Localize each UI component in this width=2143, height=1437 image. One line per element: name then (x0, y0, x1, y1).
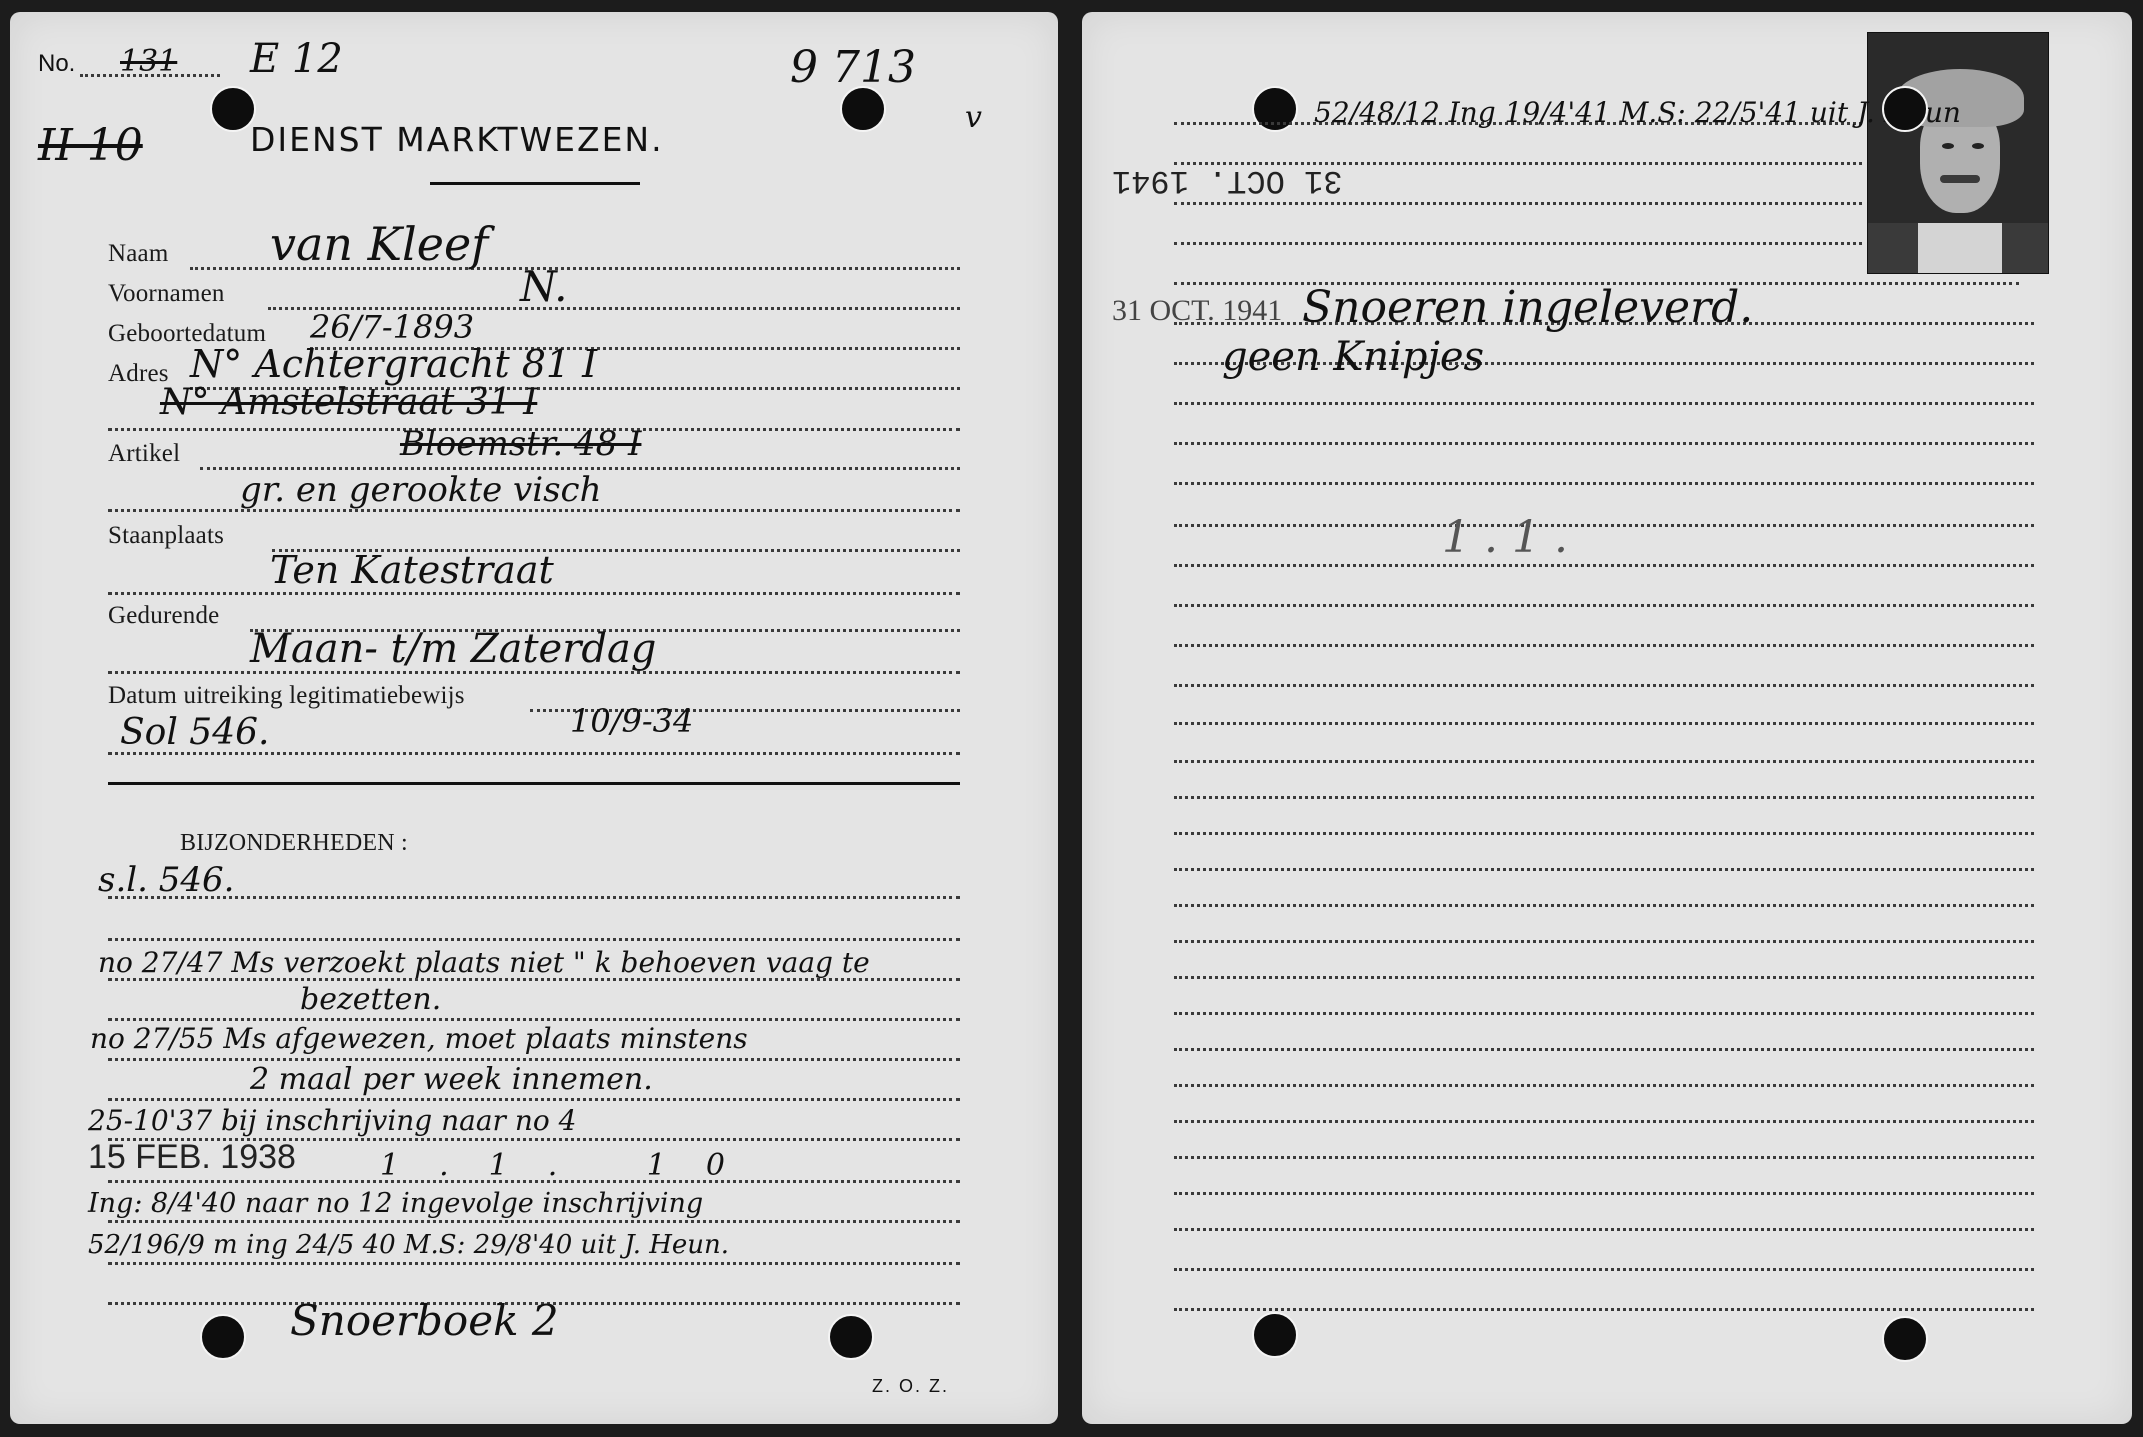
struck-number: 131 (120, 44, 177, 79)
gedurende-label: Gedurende (108, 602, 219, 630)
staanplaats-value: Ten Katestraat (270, 548, 554, 592)
struck-corner-number: II 10 (38, 120, 143, 171)
bijzonderheden-heading: BIJZONDERHEDEN : (180, 830, 408, 857)
ruled-line (1174, 868, 2034, 871)
photo-shirt (1918, 223, 2002, 274)
bijzonderheden-entry: Ing: 8/4'40 naar no 12 ingevolge inschri… (88, 1188, 703, 1219)
punch-hole (1252, 1312, 1298, 1358)
card-title: DIENST MARKTWEZEN. (250, 120, 664, 159)
note-line-1: Snoeren ingeleverd. (1302, 282, 1753, 333)
photo-jacket (1868, 223, 1922, 274)
photo-mustache (1940, 175, 1980, 183)
bijz-line (108, 978, 960, 981)
check-mark: v (965, 100, 982, 135)
artikel-value: gr. en gerookte visch (240, 470, 601, 510)
ruled-line (1174, 796, 2034, 799)
bijzonderheden-entry: bezetten. (300, 982, 441, 1017)
bijz-line (108, 1262, 960, 1265)
ruled-line (1174, 722, 2034, 725)
ruled-line (1174, 482, 2034, 485)
bijzonderheden-entry: 52/196/9 m ing 24/5 40 M.S: 29/8'40 uit … (88, 1230, 729, 1260)
section-divider (108, 782, 960, 785)
ruled-line (1174, 242, 1862, 245)
bijzonderheden-entry: no 27/55 Ms afgewezen, moet plaats minst… (90, 1022, 748, 1055)
ruled-line (1174, 1308, 2034, 1311)
bijzonderheden-entry: no 27/47 Ms verzoekt plaats niet " k beh… (98, 946, 870, 979)
ruled-line (1174, 684, 2034, 687)
ruled-line (1174, 402, 2034, 405)
naam-value: van Kleef (270, 217, 488, 271)
ruled-line (1174, 1228, 2034, 1231)
ruled-line (1174, 1156, 2034, 1159)
gedurende-value: Maan- t/m Zaterdag (250, 626, 656, 672)
voornamen-label: Voornamen (108, 280, 225, 308)
ruled-line (1174, 1192, 2034, 1195)
top-note: 52/48/12 Ing 19/4'41 M.S: 22/5'41 uit J.… (1314, 96, 1961, 129)
staanplaats-label: Staanplaats (108, 522, 224, 550)
bijz-line (108, 1220, 960, 1223)
ruled-line (1174, 832, 2034, 835)
ruled-line (1174, 904, 2034, 907)
date-stamp: 31 OCT. 1941 (1112, 294, 1282, 328)
ruled-line (1174, 940, 2034, 943)
ruled-line (1174, 1120, 2034, 1123)
footer-signature: Snoerboek 2 (290, 1296, 559, 1345)
datum-uitreiking-value: 10/9-34 (570, 702, 693, 740)
ruled-line (1174, 604, 2034, 607)
adres-struck-2: Bloemstr. 48 I (400, 424, 641, 464)
ruled-line (1174, 760, 2034, 763)
bijz-line (108, 896, 960, 899)
portrait-photo (1867, 32, 2049, 274)
photo-jacket (1998, 223, 2049, 274)
registration-card-front: No. 131 E 12 II 10 9 713 v DIENST MARKTW… (10, 12, 1058, 1424)
bijzonderheden-entry: 1.1. 10 (380, 1148, 765, 1183)
pencil-scribble: 1.1. (1442, 512, 1582, 563)
adres-struck-1: N° Amstelstraat 31 I (160, 382, 537, 423)
ruled-line (1174, 1048, 2034, 1051)
punch-hole (1882, 86, 1928, 132)
photo-eye (1942, 143, 1954, 149)
bijzonderheden-entry: 2 maal per week innemen. (250, 1062, 653, 1097)
title-underline (430, 182, 640, 185)
ruled-line (1174, 442, 2034, 445)
note-line-2: geen Knipjes (1222, 334, 1484, 380)
ruled-line (1174, 976, 2034, 979)
top-number: 9 713 (790, 42, 916, 93)
bijz-line (108, 1058, 960, 1061)
naam-label: Naam (108, 240, 169, 268)
bijzonderheden-entry: 25-10'37 bij inschrijving naar no 4 (88, 1104, 576, 1137)
ruled-line (1174, 644, 2034, 647)
zoz-label: Z. O. Z. (872, 1376, 949, 1397)
punch-hole (1252, 86, 1298, 132)
ruled-line (1174, 1084, 2034, 1087)
bijz-line (108, 1180, 960, 1183)
registration-card-back: 52/48/12 Ing 19/4'41 M.S: 22/5'41 uit J.… (1082, 12, 2132, 1424)
punch-hole (1882, 1316, 1928, 1362)
inverted-date-stamp: 31 OCT. 1941 (1112, 162, 1342, 199)
ruled-line (1174, 1268, 2034, 1271)
voornamen-value: N. (520, 262, 567, 311)
bijz-line (108, 1098, 960, 1101)
adres-value: N° Achtergracht 81 I (190, 342, 597, 386)
bijz-line (108, 1018, 960, 1021)
photo-eye (1972, 143, 1984, 149)
ruled-line (1174, 524, 2034, 527)
bijz-line (108, 938, 960, 941)
ruled-line (1174, 564, 2034, 567)
artikel-label: Artikel (108, 440, 180, 468)
geboortedatum-value: 26/7-1893 (310, 308, 474, 346)
datum-uitreiking-label: Datum uitreiking legitimatiebewijs (108, 682, 465, 710)
handwritten-number: E 12 (250, 36, 343, 82)
bijzonderheden-entry: s.l. 546. (98, 860, 234, 900)
ruled-line (1174, 202, 1862, 205)
staanplaats-line-2 (108, 592, 960, 595)
number-label: No. (38, 50, 75, 78)
date-stamp: 15 FEB. 1938 (88, 1138, 296, 1177)
punch-hole (828, 1314, 874, 1360)
punch-hole (200, 1314, 246, 1360)
datum-uitreiking-extra: Sol 546. (120, 712, 269, 753)
ruled-line (1174, 1012, 2034, 1015)
